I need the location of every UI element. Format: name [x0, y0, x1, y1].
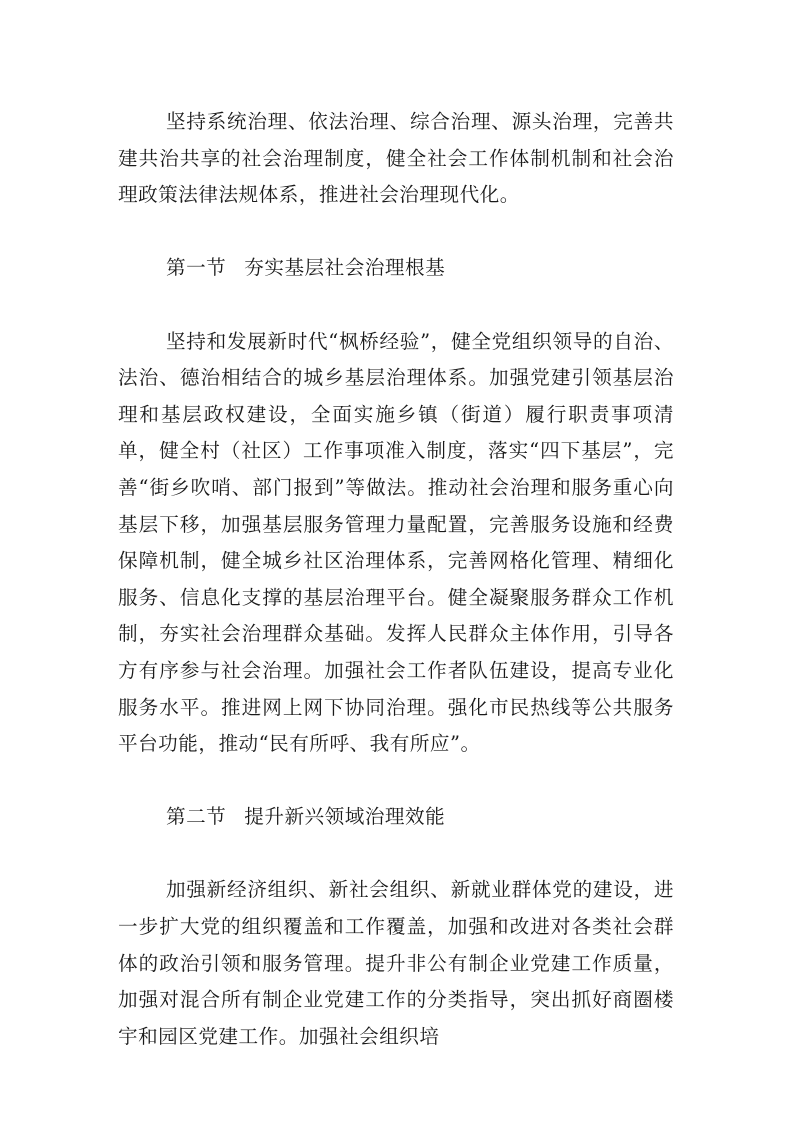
section-heading-1: 第一节夯实基层社会治理根基 [118, 250, 674, 287]
section-title: 夯实基层社会治理根基 [244, 256, 445, 279]
document-page: 坚持系统治理、依法治理、综合治理、源头治理，完善共建共治共享的社会治理制度，健全… [118, 104, 674, 1055]
spacer [118, 214, 674, 251]
spacer [118, 763, 674, 800]
spacer [118, 287, 674, 324]
section-number: 第二节 [166, 805, 226, 828]
paragraph-section-1: 坚持和发展新时代“枫桥经验”，健全党组织领导的自治、法治、德治相结合的城乡基层治… [118, 324, 674, 763]
paragraph-intro: 坚持系统治理、依法治理、综合治理、源头治理，完善共建共治共享的社会治理制度，健全… [118, 104, 674, 214]
spacer [118, 836, 674, 873]
section-title: 提升新兴领域治理效能 [244, 805, 445, 828]
paragraph-section-2: 加强新经济组织、新社会组织、新就业群体党的建设，进一步扩大党的组织覆盖和工作覆盖… [118, 872, 674, 1055]
section-heading-2: 第二节提升新兴领域治理效能 [118, 799, 674, 836]
section-number: 第一节 [166, 256, 226, 279]
